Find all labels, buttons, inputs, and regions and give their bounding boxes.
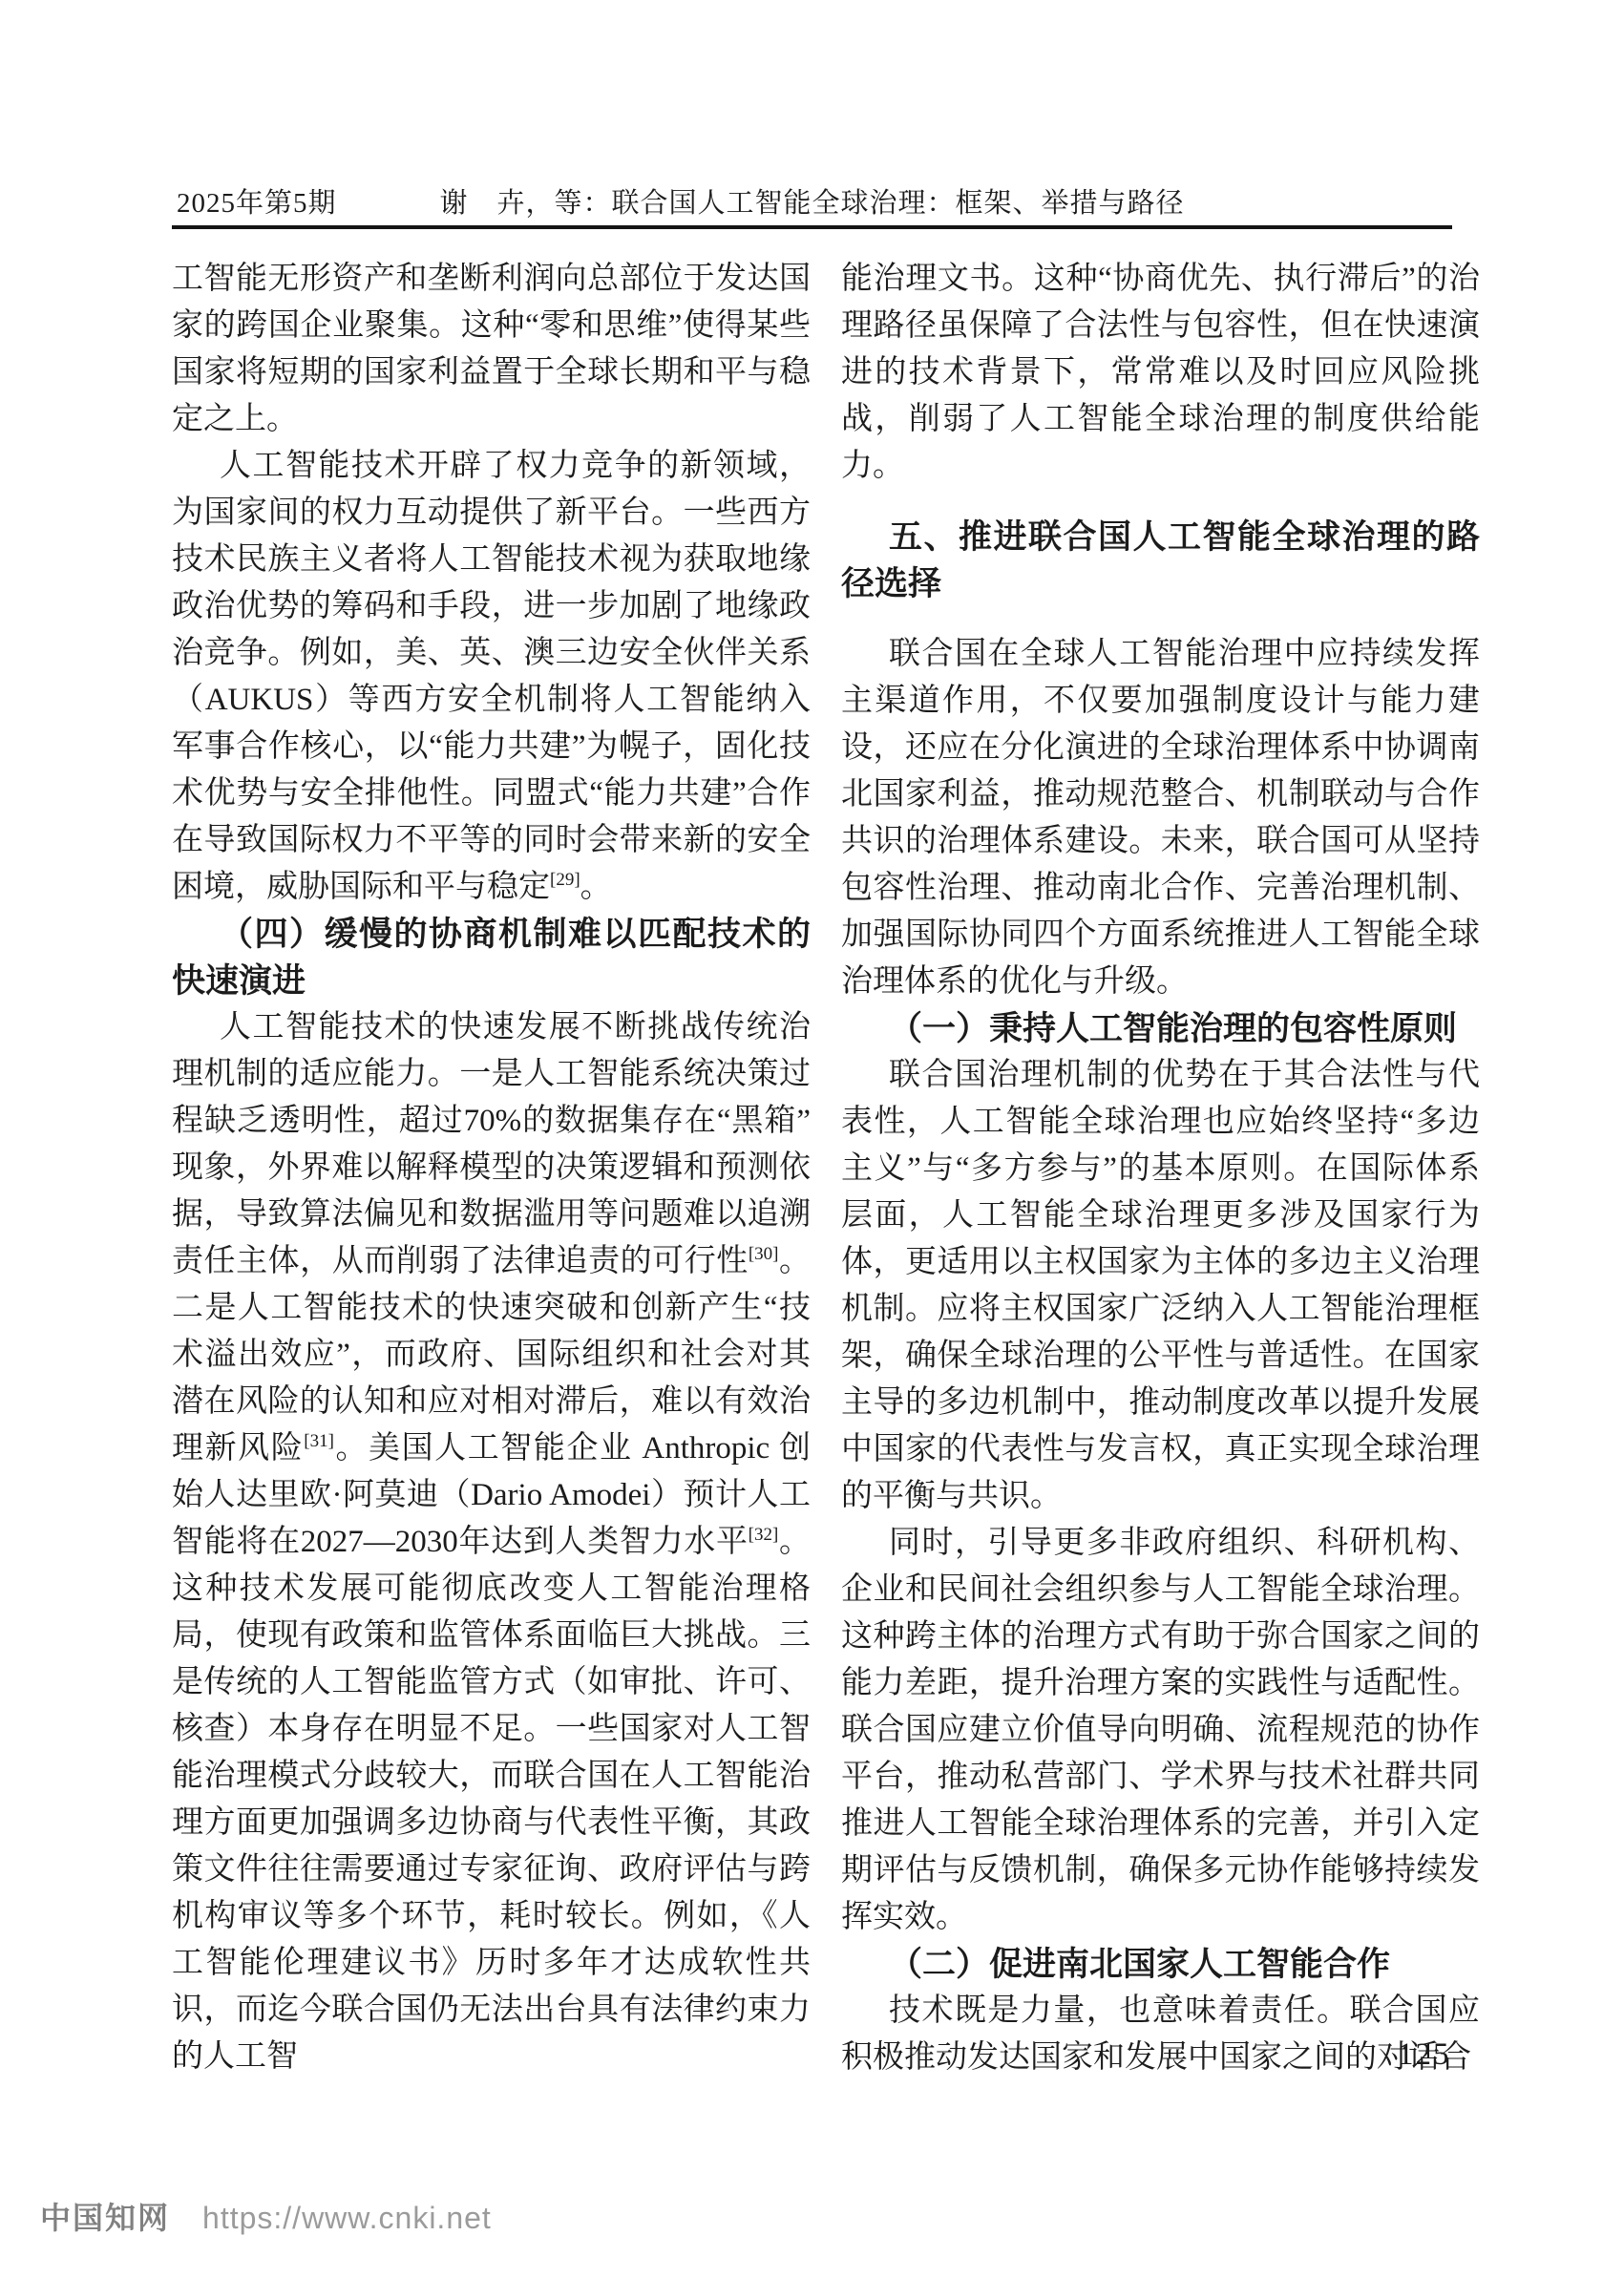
citation-ref: [32] — [749, 1525, 779, 1545]
right-col-p-2: 联合国在全球人工智能治理中应持续发挥主渠道作用，不仅要加强制度设计与能力建设，还… — [841, 631, 1480, 1005]
left-col-p-0: 工智能无形资产和垄断利润向总部位于发达国家的跨国企业聚集。这种“零和思维”使得某… — [172, 256, 811, 443]
right-col-h1-1: 五、推进联合国人工智能全球治理的路径选择 — [841, 514, 1480, 607]
right-col-p-0: 能治理文书。这种“协商优先、执行滞后”的治理路径虽保障了合法性与包容性，但在快速… — [841, 256, 1480, 490]
left-col-p-1: 人工智能技术开辟了权力竞争的新领域，为国家间的权力互动提供了新平台。一些西方技术… — [172, 443, 811, 911]
right-col-h2-3: （一）秉持人工智能治理的包容性原则 — [841, 1005, 1480, 1052]
cnki-logo-text: 中国知网 — [40, 2194, 170, 2238]
cnki-url: https://www.cnki.net — [202, 2201, 492, 2236]
page-header: 2025年第5期 谢 卉，等：联合国人工智能全球治理：框架、举措与路径 — [172, 181, 1452, 220]
header-divider — [172, 225, 1452, 229]
right-col-p-5: 同时，引导更多非政府组织、科研机构、企业和民间社会组织参与人工智能全球治理。这种… — [841, 1520, 1480, 1941]
right-col-p-4: 联合国治理机制的优势在于其合法性与代表性，人工智能全球治理也应始终坚持“多边主义… — [841, 1052, 1480, 1520]
right-col-h2-6: （二）促进南北国家人工智能合作 — [841, 1941, 1480, 1988]
right-col-p-7: 技术既是力量，也意味着责任。联合国应积极推动发达国家和发展中国家之间的对话合 — [841, 1988, 1480, 2081]
left-col-p-3: 人工智能技术的快速发展不断挑战传统治理机制的适应能力。一是人工智能系统决策过程缺… — [172, 1004, 811, 2080]
article-body: 工智能无形资产和垄断利润向总部位于发达国家的跨国企业聚集。这种“零和思维”使得某… — [172, 256, 1480, 2081]
cnki-watermark: 中国知网 https://www.cnki.net — [40, 2194, 492, 2238]
citation-ref: [29] — [550, 870, 580, 890]
paper-page: 2025年第5期 谢 卉，等：联合国人工智能全球治理：框架、举措与路径 工智能无… — [0, 0, 1624, 2278]
left-column: 工智能无形资产和垄断利润向总部位于发达国家的跨国企业聚集。这种“零和思维”使得某… — [172, 256, 811, 2081]
running-title: 谢 卉，等：联合国人工智能全球治理：框架、举措与路径 — [172, 181, 1452, 221]
left-col-h2-2: （四）缓慢的协商机制难以匹配技术的快速演进 — [172, 911, 811, 1004]
right-column: 能治理文书。这种“协商优先、执行滞后”的治理路径虽保障了合法性与包容性，但在快速… — [841, 256, 1480, 2081]
citation-ref: [31] — [304, 1431, 334, 1451]
citation-ref: [30] — [749, 1244, 779, 1264]
page-number: 125 — [1398, 2037, 1451, 2073]
